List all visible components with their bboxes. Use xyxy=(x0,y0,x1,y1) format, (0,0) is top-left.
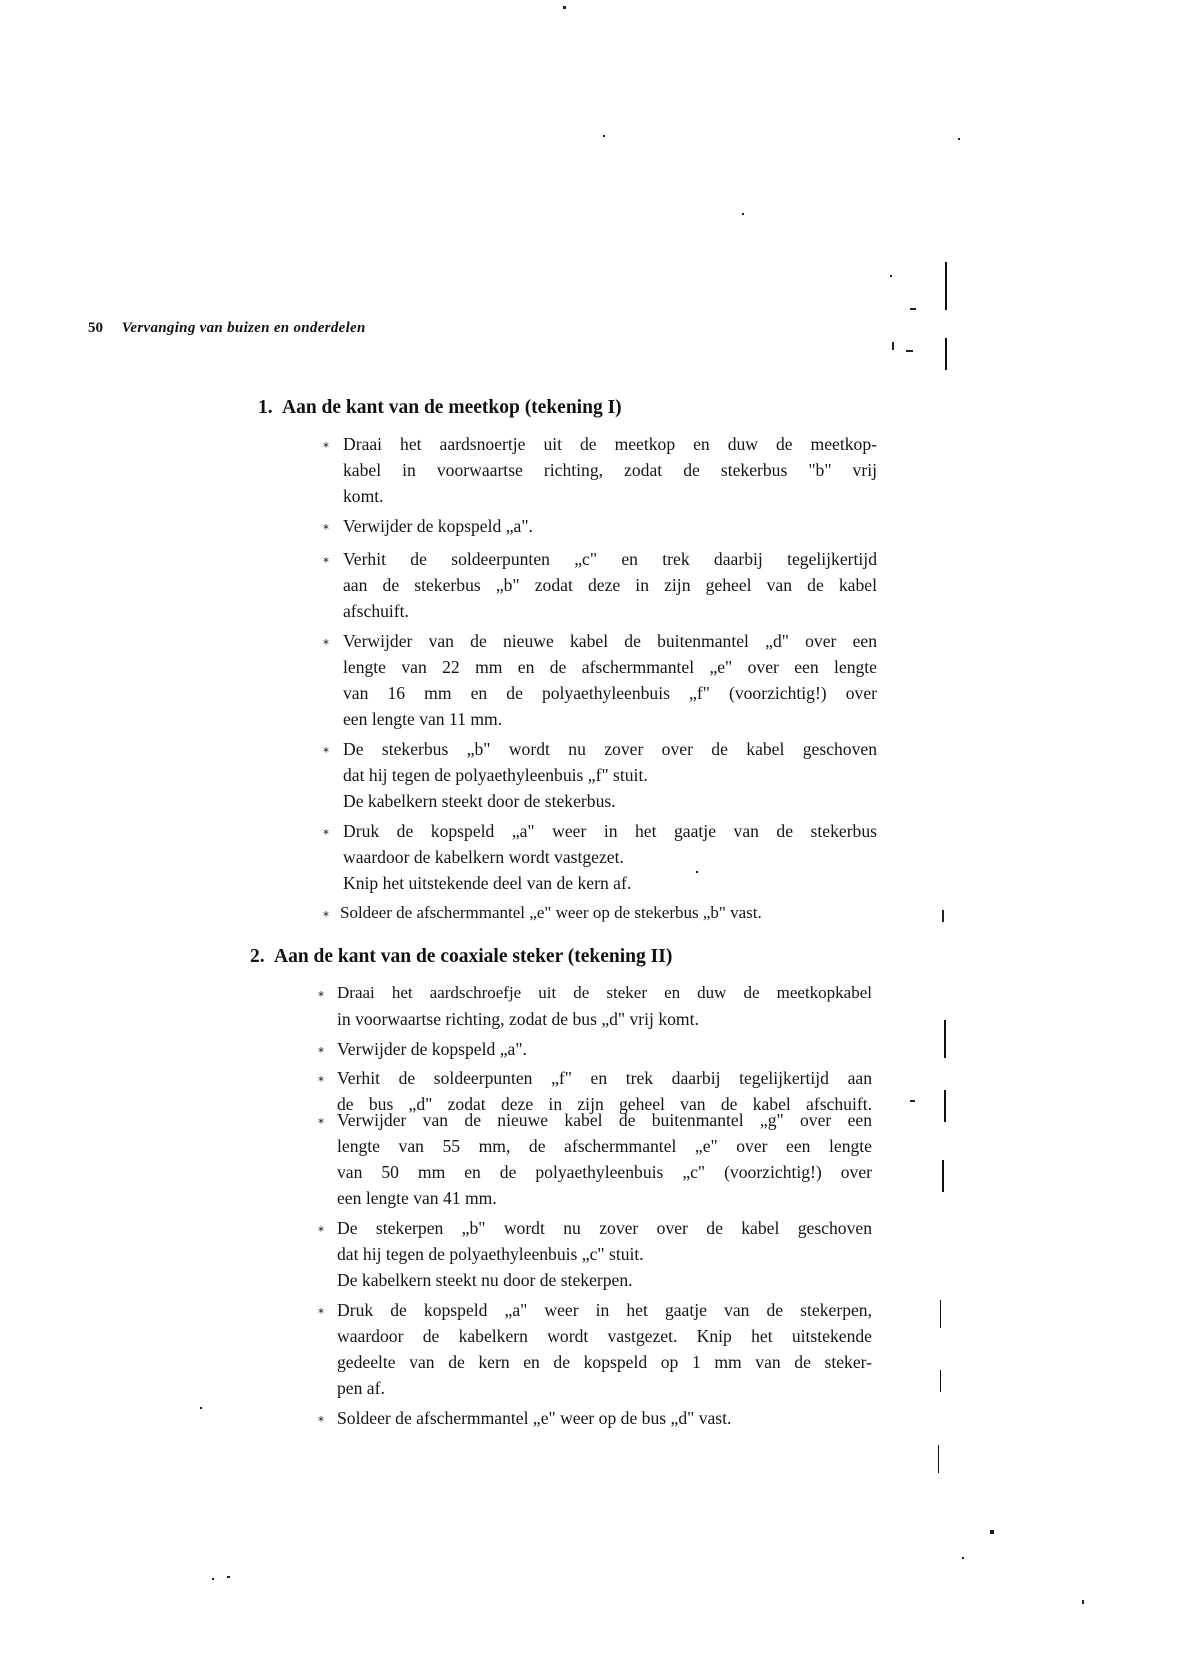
text-line: De kabelkern steekt nu door de stekerpen… xyxy=(337,1270,633,1291)
text-line: gedeelte van de kern en de kopspeld op 1… xyxy=(337,1352,872,1373)
text-line: De kabelkern steekt door de stekerbus. xyxy=(343,791,616,812)
margin-mark xyxy=(944,1090,946,1122)
bullet-star-icon: * xyxy=(323,827,329,841)
bullet-star-icon: * xyxy=(318,1306,324,1320)
scan-speck xyxy=(962,1557,964,1559)
scan-speck xyxy=(227,1576,230,1578)
text-line: waardoor de kabelkern wordt vastgezet. K… xyxy=(337,1326,872,1347)
text-line: Verhit de soldeerpunten „f" en trek daar… xyxy=(337,1068,872,1089)
section-heading-1: 1.Aan de kant van de meetkop (tekening I… xyxy=(258,397,622,419)
bullet-star-icon: * xyxy=(323,440,329,454)
section-title: Aan de kant van de coaxiale steker (teke… xyxy=(274,946,672,967)
section-title: Aan de kant van de meetkop (tekening I) xyxy=(282,397,622,418)
text-line: aan de stekerbus „b" zodat deze in zijn … xyxy=(343,575,877,596)
text-line: Verwijder van de nieuwe kabel de buitenm… xyxy=(343,631,877,652)
text-line: Verwijder de kopspeld „a". xyxy=(343,516,533,537)
text-line: dat hij tegen de polyaethyleenbuis „f" s… xyxy=(343,765,648,786)
text-line: afschuift. xyxy=(343,601,409,622)
text-line: Soldeer de afschermmantel „e" weer op de… xyxy=(337,1408,731,1429)
bullet-star-icon: * xyxy=(318,1224,324,1238)
bullet-star-icon: * xyxy=(318,1074,324,1088)
text-line: De stekerpen „b" wordt nu zover over de … xyxy=(337,1218,872,1239)
text-line: Druk de kopspeld „a" weer in het gaatje … xyxy=(337,1300,872,1321)
text-line: De stekerbus „b" wordt nu zover over de … xyxy=(343,739,877,760)
section-number: 1. xyxy=(258,397,282,419)
scan-speck xyxy=(910,1100,915,1102)
margin-mark xyxy=(942,1160,944,1192)
margin-mark xyxy=(945,262,947,310)
margin-mark xyxy=(940,1300,941,1328)
running-header: 50 Vervanging van buizen en onderdelen xyxy=(88,318,366,337)
page-number: 50 xyxy=(88,320,103,336)
scan-speck xyxy=(890,275,892,277)
bullet-star-icon: * xyxy=(323,745,329,759)
scan-speck xyxy=(200,1407,202,1409)
text-line: pen af. xyxy=(337,1378,385,1399)
bullet-star-icon: * xyxy=(318,989,324,1003)
text-line: Draai het aardsnoertje uit de meetkop en… xyxy=(343,434,877,455)
scan-speck xyxy=(603,135,605,137)
margin-mark xyxy=(940,1370,941,1392)
section-heading-2: 2.Aan de kant van de coaxiale steker (te… xyxy=(250,946,672,968)
scan-speck xyxy=(910,308,916,310)
scan-speck xyxy=(892,342,894,350)
bullet-star-icon: * xyxy=(323,555,329,569)
running-title: Vervanging van buizen en onderdelen xyxy=(122,320,366,336)
bullet-star-icon: * xyxy=(318,1045,324,1059)
text-line: Verwijder de kopspeld „a". xyxy=(337,1039,527,1060)
bullet-star-icon: * xyxy=(318,1414,324,1428)
text-line: een lengte van 41 mm. xyxy=(337,1188,497,1209)
scan-speck xyxy=(563,6,566,9)
text-line: waardoor de kabelkern wordt vastgezet. xyxy=(343,847,624,868)
bullet-star-icon: * xyxy=(323,909,329,923)
scan-speck xyxy=(742,213,744,215)
text-line: dat hij tegen de polyaethyleenbuis „c" s… xyxy=(337,1244,644,1265)
section-number: 2. xyxy=(250,946,274,968)
scan-speck xyxy=(212,1578,214,1580)
scan-speck xyxy=(942,910,944,922)
margin-mark xyxy=(945,338,947,370)
margin-mark xyxy=(938,1445,939,1473)
text-line: van 16 mm en de polyaethyleenbuis „f" (v… xyxy=(343,683,877,704)
scan-speck xyxy=(1082,1600,1084,1604)
text-line: lengte van 55 mm, de afschermmantel „e" … xyxy=(337,1136,872,1157)
bullet-star-icon: * xyxy=(323,637,329,651)
text-line: een lengte van 11 mm. xyxy=(343,709,502,730)
scan-speck xyxy=(906,350,913,352)
bullet-star-icon: * xyxy=(318,1116,324,1130)
text-line: Druk de kopspeld „a" weer in het gaatje … xyxy=(343,821,877,842)
bullet-star-icon: * xyxy=(323,522,329,536)
scan-speck xyxy=(958,138,960,140)
scan-speck xyxy=(696,871,698,873)
text-line: Soldeer de afschermmantel „e" weer op de… xyxy=(340,903,762,923)
text-line: van 50 mm en de polyaethyleenbuis „c" (v… xyxy=(337,1162,872,1183)
text-line: Knip het uitstekende deel van de kern af… xyxy=(343,873,631,894)
text-line: kabel in voorwaartse richting, zodat de … xyxy=(343,460,877,481)
scan-speck xyxy=(990,1530,994,1534)
scanned-page: 50 Vervanging van buizen en onderdelen 1… xyxy=(0,0,1190,1676)
text-line: lengte van 22 mm en de afschermmantel „e… xyxy=(343,657,877,678)
text-line: Verwijder van de nieuwe kabel de buitenm… xyxy=(337,1110,872,1131)
text-line: Draai het aardschroefje uit de steker en… xyxy=(337,983,872,1003)
text-line: Verhit de soldeerpunten „c" en trek daar… xyxy=(343,549,877,570)
text-line: in voorwaartse richting, zodat de bus „d… xyxy=(337,1009,699,1030)
text-line: komt. xyxy=(343,486,384,507)
margin-mark xyxy=(944,1020,946,1058)
